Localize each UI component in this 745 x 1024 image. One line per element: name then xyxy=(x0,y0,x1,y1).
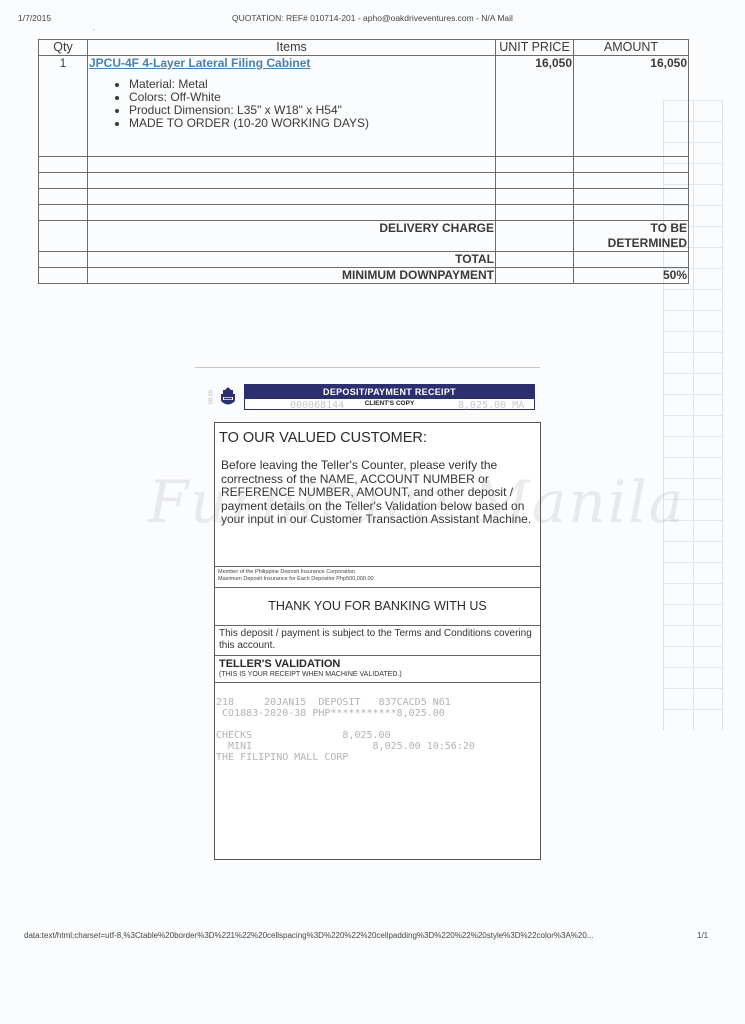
delivery-value-line1: TO BE xyxy=(651,221,687,235)
divider xyxy=(215,587,540,588)
grid-line xyxy=(664,625,722,626)
grid-line xyxy=(664,331,722,332)
total-value xyxy=(574,252,689,268)
min-downpayment-label: MINIMUM DOWNPAYMENT xyxy=(88,268,496,284)
receipt-faint-prefix: B B xyxy=(208,390,213,406)
delivery-value: TO BE DETERMINED xyxy=(574,221,689,252)
quotation-table: Qty Items UNIT PRICE AMOUNT 1 JPCU-4F 4-… xyxy=(38,39,689,284)
item-qty: 1 xyxy=(39,56,88,157)
item-details-list: Material: Metal Colors: Off-White Produc… xyxy=(89,78,494,130)
print-page-number: 1/1 xyxy=(697,931,708,940)
grid-line xyxy=(664,310,722,311)
min-downpayment-row: MINIMUM DOWNPAYMENT 50% xyxy=(39,268,689,284)
delivery-value-line2: DETERMINED xyxy=(608,236,687,250)
table-header-row: Qty Items UNIT PRICE AMOUNT xyxy=(39,40,689,56)
col-qty: Qty xyxy=(39,40,88,56)
receipt-terms: This deposit / payment is subject to the… xyxy=(219,628,537,652)
item-detail: MADE TO ORDER (10-20 WORKING DAYS) xyxy=(129,117,494,130)
item-name-link[interactable]: JPCU-4F 4-Layer Lateral Filing Cabinet xyxy=(89,56,310,70)
grid-line xyxy=(664,646,722,647)
empty-row xyxy=(39,173,689,189)
grid-line xyxy=(664,583,722,584)
pdic-line2: Maximum Deposit Insurance for Each Depos… xyxy=(218,576,374,582)
grid-line xyxy=(664,562,722,563)
receipt-paper-edge xyxy=(195,367,540,368)
print-footer-url: data:text/html;charset=utf-8,%3Ctable%20… xyxy=(24,931,593,940)
bank-crest-icon xyxy=(219,386,237,408)
grid-line xyxy=(664,352,722,353)
grid-line xyxy=(664,667,722,668)
teller-validation-print: 218 20JAN15 DEPOSIT 837CACD5 N61 CO1883-… xyxy=(216,697,475,763)
receipt-faint-number: 000068144 xyxy=(290,400,344,411)
total-row: TOTAL xyxy=(39,252,689,268)
item-unit-price: 16,050 xyxy=(496,56,574,157)
print-title: QUOTATION: REF# 010714-201 - apho@oakdri… xyxy=(0,13,745,23)
empty-row xyxy=(39,205,689,221)
teller-validation-title: TELLER'S VALIDATION xyxy=(219,658,340,670)
empty-row xyxy=(39,189,689,205)
grid-line xyxy=(664,289,722,290)
grid-line xyxy=(664,688,722,689)
divider xyxy=(215,655,540,656)
col-unit-price: UNIT PRICE xyxy=(496,40,574,56)
item-cell: JPCU-4F 4-Layer Lateral Filing Cabinet M… xyxy=(88,56,496,157)
grid-line xyxy=(664,373,722,374)
receipt-faint-amount: 8,025.00 MA xyxy=(458,400,524,411)
watermark: Furniture Manila xyxy=(148,468,685,536)
scan-speck: ' xyxy=(93,28,95,37)
receipt-greeting: TO OUR VALUED CUSTOMER: xyxy=(219,430,427,446)
item-amount: 16,050 xyxy=(574,56,689,157)
col-amount: AMOUNT xyxy=(574,40,689,56)
empty-row xyxy=(39,157,689,173)
grid-line xyxy=(664,415,722,416)
divider xyxy=(215,566,540,567)
grid-line xyxy=(664,436,722,437)
divider xyxy=(215,625,540,626)
table-row: 1 JPCU-4F 4-Layer Lateral Filing Cabinet… xyxy=(39,56,689,157)
divider xyxy=(215,682,540,683)
col-items: Items xyxy=(88,40,496,56)
grid-line xyxy=(664,394,722,395)
delivery-label: DELIVERY CHARGE xyxy=(88,221,496,252)
grid-line xyxy=(664,604,722,605)
grid-line xyxy=(664,457,722,458)
grid-line xyxy=(664,541,722,542)
delivery-row: DELIVERY CHARGE TO BE DETERMINED xyxy=(39,221,689,252)
teller-validation-sub: (THIS IS YOUR RECEIPT WHEN MACHINE VALID… xyxy=(219,671,402,678)
receipt-header-title: DEPOSIT/PAYMENT RECEIPT xyxy=(245,385,534,399)
pdic-notice: Member of the Philippine Deposit Insuran… xyxy=(218,569,374,583)
grid-line xyxy=(664,709,722,710)
receipt-thanks: THANK YOU FOR BANKING WITH US xyxy=(215,599,540,613)
pdic-line1: Member of the Philippine Deposit Insuran… xyxy=(218,569,355,575)
min-downpayment-value: 50% xyxy=(574,268,689,284)
total-label: TOTAL xyxy=(88,252,496,268)
